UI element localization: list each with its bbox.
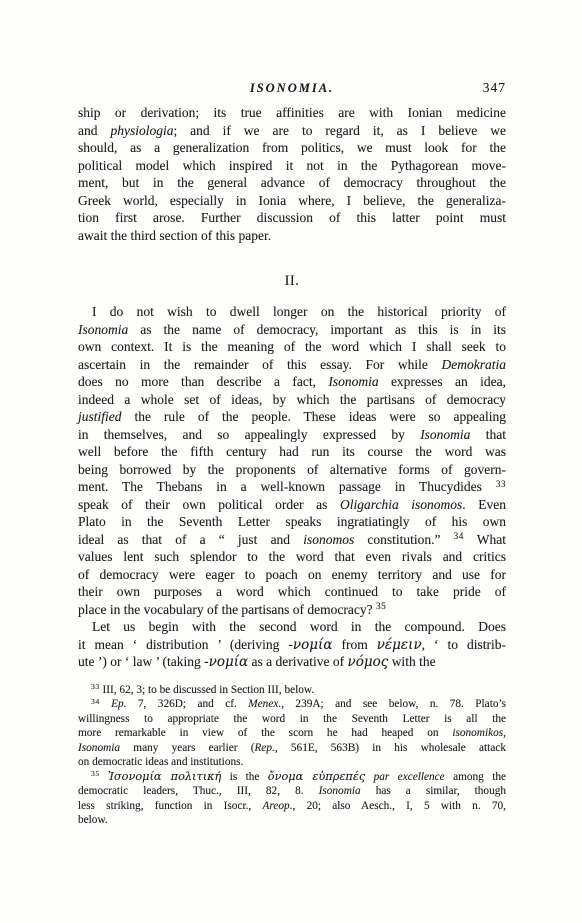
page-number: 347 [483,80,506,96]
greek-text: νέμειν [377,637,422,653]
text-segment: speak of their own political order as [78,497,340,512]
text-segment: as the name of democracy, important as t… [128,322,506,337]
text-segment: Plato in the Seventh Letter speaks ingra… [78,514,506,529]
italic-text: Isonomia [78,742,120,754]
italic-text: isonomos [303,532,354,547]
text-line: ment, but in the general advance of demo… [78,174,506,192]
text-segment [100,698,111,710]
paragraph-2: I do not wish to dwell longer on the his… [78,303,506,618]
text-segment: III, 62, 3; to be discussed in Section I… [100,684,315,696]
italic-text: justified [78,409,122,424]
text-segment: does no more than describe a fact, [78,374,328,389]
text-line: Greek world, especially in Ionia where, … [78,192,506,210]
italic-text: Menex. [248,698,281,710]
text-segment: of democracy were eager to poach on enem… [78,567,506,582]
footnote-ref: 33 [496,479,506,489]
italic-text: Demokratia [442,357,507,372]
text-segment: constitution.” [354,532,453,547]
italic-text: par excellence [374,771,445,783]
text-line: ship or derivation; its true affinities … [78,104,506,122]
text-segment: below. [78,814,108,826]
text-segment: ; and if we are to regard it, as I belie… [173,123,506,138]
text-line: justified the rule of the people. These … [78,408,506,426]
text-segment: ship or derivation; its true affinities … [78,105,506,120]
text-segment: it mean ‘ distribution ’ (deriving [78,637,288,652]
greek-text: νόμος [348,654,389,670]
text-segment: their own purposes a word which continue… [78,584,506,599]
text-line: 35 Ἰσονομία πολιτική is the ὄνομα εὐπρεπ… [78,770,506,785]
text-segment: place in the vocabulary of the partisans… [78,602,376,617]
text-segment: that [470,427,506,442]
text-segment: ideal as that of a “ just and [78,532,303,547]
text-segment: many years earlier ( [120,742,254,754]
text-segment: . Even [462,497,506,512]
text-line: willingness to appropriate the word in t… [78,712,506,727]
text-line: in themselves, and so appealingly expres… [78,426,506,444]
text-line: and physiologia; and if we are to regard… [78,122,506,140]
italic-text: isonomikos [452,727,503,739]
footnote-ref: 34 [454,531,464,541]
footnote-34: 34 Ep. 7, 326D; and cf. Menex., 239A; an… [78,697,506,770]
text-line: tion first arose. Further discussion of … [78,209,506,227]
text-segment: , 239A; and see below, n. 78. Plato’s [281,698,506,710]
text-segment: less striking, function in Isocr., [78,800,263,812]
text-line: ideal as that of a “ just and isonomos c… [78,531,506,549]
text-line: values lent such splendor to the word th… [78,548,506,566]
italic-text: physiologia [110,123,173,138]
italic-text: Isonomia [328,374,378,389]
text-segment: more remarkable in view of the scorn he … [78,727,452,739]
text-segment: ment, but in the general advance of demo… [78,175,506,190]
text-column: ISONOMIA. 347 ship or derivation; its tr… [78,80,506,828]
body-text: ship or derivation; its true affinities … [78,104,506,671]
text-segment: is the [221,771,267,783]
running-title: ISONOMIA. [78,80,506,96]
text-segment: Greek world, especially in Ionia where, … [78,193,506,208]
italic-text: Rep. [254,742,274,754]
text-segment: tion first arose. Further discussion of … [78,210,506,225]
text-line: democratic leaders, Thuc., III, 82, 8. I… [78,784,506,799]
text-segment: expresses an idea, [379,374,506,389]
text-line: 33 III, 62, 3; to be discussed in Sectio… [78,683,506,698]
italic-text: Areop. [263,800,293,812]
text-line: their own purposes a word which continue… [78,583,506,601]
text-segment: democratic leaders, Thuc., III, 82, 8. [78,785,319,797]
text-line: ascertain in the remainder of this essay… [78,356,506,374]
italic-text: Isonomia [420,427,470,442]
paragraph-1: ship or derivation; its true affinities … [78,104,506,244]
text-line: ute ’) or ‘ law ’ (taking -νομία as a de… [78,653,506,671]
greek-text: -νομία [288,637,332,653]
text-line: well before the fifth century had run it… [78,443,506,461]
text-line: 34 Ep. 7, 326D; and cf. Menex., 239A; an… [78,697,506,712]
text-line: being borrowed by the proponents of alte… [78,461,506,479]
text-segment: has a similar, though [361,785,506,797]
text-segment: I do not wish to dwell longer on the his… [92,304,506,319]
text-segment: political model which inspired it not in… [78,158,506,173]
text-segment: the rule of the people. These ideas were… [122,409,507,424]
footnote-marker: 35 [91,769,100,778]
footnote-33: 33 III, 62, 3; to be discussed in Sectio… [78,683,506,698]
text-segment: , ‘ to distrib- [422,637,506,652]
text-segment: , 20; also Aesch., I, 5 with n. 70, [293,800,506,812]
text-line: more remarkable in view of the scorn he … [78,726,506,741]
text-line: indeed a whole set of ideas, by which th… [78,391,506,409]
italic-text: Isonomia [78,322,128,337]
greek-text: Ἰσονομία πολιτική [108,770,221,783]
text-line: Let us begin with the second word in the… [78,618,506,636]
text-segment: should, as a generalization from politic… [78,140,506,155]
text-line: of democracy were eager to poach on enem… [78,566,506,584]
text-segment: What [464,532,506,547]
text-segment: ascertain in the remainder of this essay… [78,357,442,372]
text-line: does no more than describe a fact, Isono… [78,373,506,391]
greek-text: ὄνομα εὐπρεπές [268,770,365,783]
footnote-35: 35 Ἰσονομία πολιτική is the ὄνομα εὐπρεπ… [78,770,506,828]
text-line: own context. It is the meaning of the wo… [78,338,506,356]
text-line: on democratic ideas and institutions. [78,755,506,770]
text-line: less striking, function in Isocr., Areop… [78,799,506,814]
text-segment: indeed a whole set of ideas, by which th… [78,392,506,407]
text-line: I do not wish to dwell longer on the his… [78,303,506,321]
text-line: speak of their own political order as Ol… [78,496,506,514]
footnote-marker: 34 [91,697,100,706]
text-segment: as a derivative of [248,654,347,669]
text-segment: 7, 326D; and cf. [126,698,248,710]
text-segment: await the third section of this paper. [78,228,271,243]
section-heading: II. [78,272,506,290]
text-line: ment. The Thebans in a well-known passag… [78,478,506,496]
text-line: await the third section of this paper. [78,227,506,245]
text-line: Plato in the Seventh Letter speaks ingra… [78,513,506,531]
text-segment: own context. It is the meaning of the wo… [78,339,506,354]
text-segment: willingness to appropriate the word in t… [78,713,506,725]
text-segment: with the [388,654,435,669]
footnote-marker: 33 [91,682,100,691]
text-segment: being borrowed by the proponents of alte… [78,462,506,477]
text-line: it mean ‘ distribution ’ (deriving -νομί… [78,636,506,654]
text-line: Isonomia as the name of democracy, impor… [78,321,506,339]
text-segment: well before the fifth century had run it… [78,444,506,459]
text-segment [100,771,108,783]
text-segment: in themselves, and so appealingly expres… [78,427,420,442]
text-line: political model which inspired it not in… [78,157,506,175]
greek-text: -νομία [204,654,248,670]
text-line: Isonomia many years earlier (Rep., 561E,… [78,741,506,756]
text-line: below. [78,813,506,828]
footnotes-section: 33 III, 62, 3; to be discussed in Sectio… [78,683,506,828]
book-page: ISONOMIA. 347 ship or derivation; its tr… [0,0,582,923]
text-segment: ment. The Thebans in a well-known passag… [78,479,496,494]
text-segment: ute ’) or ‘ law ’ (taking [78,654,204,669]
text-line: place in the vocabulary of the partisans… [78,601,506,619]
text-segment [365,771,373,783]
text-segment: values lent such splendor to the word th… [78,549,506,564]
italic-text: Isonomia [319,785,361,797]
text-segment: on democratic ideas and institutions. [78,756,243,768]
text-segment: , [503,727,506,739]
footnote-ref: 35 [376,601,386,611]
text-segment: , 561E, 563B) in his wholesale attack [275,742,506,754]
paragraph-3: Let us begin with the second word in the… [78,618,506,671]
running-head: ISONOMIA. 347 [78,80,506,96]
italic-text: Ep. [111,698,126,710]
text-segment: and [78,123,110,138]
text-segment: Let us begin with the second word in the… [92,619,506,634]
italic-text: Oligarchia isonomos [340,497,462,512]
text-line: should, as a generalization from politic… [78,139,506,157]
text-segment: from [332,637,376,652]
text-segment: among the [445,771,506,783]
